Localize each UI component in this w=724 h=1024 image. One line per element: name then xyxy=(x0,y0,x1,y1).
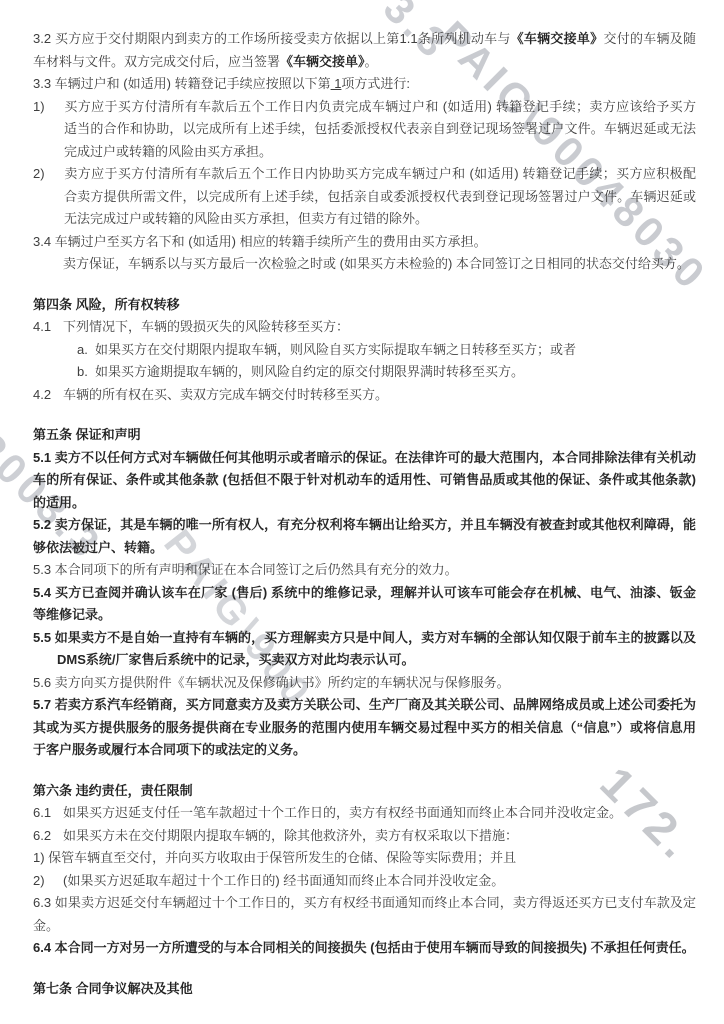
contract-text-line: 车材料与文件。双方完成交付后，应当签署《车辆交接单》。 xyxy=(33,51,696,74)
contract-text-line: 3.3 车辆过户和 (如适用) 转籍登记手续应按照以下第 1项方式进行: xyxy=(33,73,696,96)
text-run: 如果买方在交付期限内提取车辆，则风险自买方实际提取车辆之日转移至买方；或者 xyxy=(95,342,576,357)
text-run: 5.5 如果卖方不是自始一直持有车辆的，买方理解卖方只是中间人，卖方对车辆的全部… xyxy=(33,630,696,645)
contract-text-line: 5.7 若卖方系汽车经销商，买方同意卖方及卖方关联公司、生产厂商及其关联公司、品… xyxy=(33,694,696,717)
text-run: 如果买方逾期提取车辆的，则风险自约定的原交付期限界满时转移至买方。 xyxy=(95,364,524,379)
text-run: 第五条 保证和声明 xyxy=(33,427,141,442)
text-run: 适当的合作和协助，以完成所有上述手续，包括委派授权代表亲自到登记现场签署过户文件… xyxy=(64,121,696,136)
text-run: 6.3 如果卖方迟延交付车辆超过十个工作日的，买方有权经书面通知而终止本合同，卖… xyxy=(33,895,696,910)
contract-text-line: 金。 xyxy=(33,915,696,938)
contract-text-line: 1)买方应于买方付清所有车款后五个工作日内负责完成车辆过户和 (如适用) 转籍登… xyxy=(33,96,696,119)
text-run: 。 xyxy=(365,54,378,69)
text-run: 5.3 本合同项下的所有声明和保证在本合同签订之后仍然具有充分的效力。 xyxy=(33,562,458,577)
text-run: 合卖方提供所需文件，以完成所有上述手续，包括亲自或委派授权代表到登记现场签署过户… xyxy=(64,189,696,204)
contract-text-line: 2)卖方应于买方付清所有车款后五个工作日内协助买方完成车辆过户和 (如适用) 转… xyxy=(33,163,696,186)
contract-body: 3.2 买方应于交付期限内到卖方的工作场所接受卖方依据以上第1.1条所列机动车与… xyxy=(33,28,696,1000)
list-marker: 4.2 xyxy=(33,384,63,407)
text-run: 车材料与文件。双方完成交付后，应当签署 xyxy=(33,54,280,69)
text-run: 5.7 若卖方系汽车经销商，买方同意卖方及卖方关联公司、生产厂商及其关联公司、品… xyxy=(33,697,696,712)
text-run: 3.4 车辆过户至买方名下和 (如适用) 相应的转籍手续所产生的费用由买方承担。 xyxy=(33,234,487,249)
contract-text-line: 的适用。 xyxy=(33,492,696,515)
text-run: 3.2 买方应于交付期限内到卖方的工作场所接受卖方依据以上第1.1条所列机动车与 xyxy=(33,31,511,46)
contract-text-line: 等维修记录。 xyxy=(33,604,696,627)
contract-text-line: 4.2车辆的所有权在买、卖双方完成车辆交付时转移至买方。 xyxy=(33,384,696,407)
text-run: (如果买方迟延取车超过十个工作日的) 经书面通知而终止本合同并没收定金。 xyxy=(63,873,504,888)
list-marker: 6.2 xyxy=(33,825,63,848)
contract-text-line: 无法完成过户或转籍的风险由买方承担，但卖方有过错的除外。 xyxy=(33,208,696,231)
text-run: 车辆的所有权在买、卖双方完成车辆交付时转移至买方。 xyxy=(63,387,388,402)
text-run: 5.2 卖方保证，其是车辆的唯一所有权人，有充分权利将车辆出让给买方，并且车辆没… xyxy=(33,517,696,532)
text-run: 第七条 合同争议解决及其他 xyxy=(33,981,193,996)
text-run: 《车辆交接单》 xyxy=(280,54,365,69)
text-run: 5.6 卖方向买方提供附件《车辆状况及保修确认书》所约定的车辆状况与保修服务。 xyxy=(33,675,510,690)
text-run: 项方式进行: xyxy=(341,76,410,91)
text-run: 卖方应于买方付清所有车款后五个工作日内协助买方完成车辆过户和 (如适用) 转籍登… xyxy=(64,166,696,181)
list-marker: 4.1 xyxy=(33,316,63,339)
contract-text-line: 2)(如果买方迟延取车超过十个工作日的) 经书面通知而终止本合同并没收定金。 xyxy=(33,870,696,893)
list-marker: a. xyxy=(77,339,95,362)
text-run: 6.4 本合同一方对另一方所遭受的与本合同相关的间接损失 (包括由于使用车辆而导… xyxy=(33,940,695,955)
contract-text-line: 5.1 卖方不以任何方式对车辆做任何其他明示或者暗示的保证。在法律许可的最大范围… xyxy=(33,447,696,470)
text-run: 1) 保管车辆直至交付，并向买方收取由于保管所发生的仓储、保险等实际费用；并且 xyxy=(33,850,516,865)
text-run: 交付的车辆及随 xyxy=(603,31,696,46)
text-run: 等维修记录。 xyxy=(33,607,111,622)
list-marker: 1) xyxy=(33,96,64,119)
text-run: 完成过户或转籍的风险由买方承担。 xyxy=(64,144,272,159)
section-heading: 第四条 风险，所有权转移 xyxy=(33,294,696,317)
contract-text-line: 5.4 买方已查阅并确认该车在厂家 (售后) 系统中的维修记录，理解并认可该车可… xyxy=(33,582,696,605)
text-run: 1 xyxy=(331,76,342,91)
contract-text-line: 5.2 卖方保证，其是车辆的唯一所有权人，有充分权利将车辆出让给买方，并且车辆没… xyxy=(33,514,696,537)
text-run: 够依法被过户、转籍。 xyxy=(33,540,163,555)
text-run: 5.1 卖方不以任何方式对车辆做任何其他明示或者暗示的保证。在法律许可的最大范围… xyxy=(33,450,696,465)
contract-page: 3.3PAIC\900480302.2003.3PAIG\900172. 3.2… xyxy=(0,0,724,1024)
contract-text-line: 5.6 卖方向买方提供附件《车辆状况及保修确认书》所约定的车辆状况与保修服务。 xyxy=(33,672,696,695)
contract-text-line: 车的所有保证、条件或其他条款 (包括但不限于针对机动车的适用性、可销售品质或其他… xyxy=(33,469,696,492)
text-run: 金。 xyxy=(33,918,59,933)
text-run: 其或为买方提供服务的服务提供商在专业服务的范围内使用车辆交易过程中买方的相关信息… xyxy=(33,720,696,735)
contract-text-line: 6.1如果买方迟延支付任一笔车款超过十个工作日的，卖方有权经书面通知而终止本合同… xyxy=(33,802,696,825)
list-marker: 2) xyxy=(33,163,64,186)
text-run: 无法完成过户或转籍的风险由买方承担，但卖方有过错的除外。 xyxy=(64,211,428,226)
contract-text-line: 卖方保证，车辆系以与买方最后一次检验之时或 (如果买方未检验的) 本合同签订之日… xyxy=(33,253,696,276)
text-run: 的适用。 xyxy=(33,495,85,510)
contract-text-line: 够依法被过户、转籍。 xyxy=(33,537,696,560)
contract-text-line: 适当的合作和协助，以完成所有上述手续，包括委派授权代表亲自到登记现场签署过户文件… xyxy=(33,118,696,141)
contract-text-line: 5.3 本合同项下的所有声明和保证在本合同签订之后仍然具有充分的效力。 xyxy=(33,559,696,582)
list-marker: 6.1 xyxy=(33,802,63,825)
text-run: 《车辆交接单》 xyxy=(511,31,604,46)
contract-text-line: 5.5 如果卖方不是自始一直持有车辆的，买方理解卖方只是中间人，卖方对车辆的全部… xyxy=(33,627,696,650)
text-run: 第四条 风险，所有权转移 xyxy=(33,297,180,312)
list-marker: 2) xyxy=(33,870,63,893)
text-run: 卖方保证，车辆系以与买方最后一次检验之时或 (如果买方未检验的) 本合同签订之日… xyxy=(63,256,690,271)
contract-text-line: b.如果买方逾期提取车辆的，则风险自约定的原交付期限界满时转移至买方。 xyxy=(33,361,696,384)
text-run: 如果买方迟延支付任一笔车款超过十个工作日的，卖方有权经书面通知而终止本合同并没收… xyxy=(63,805,622,820)
contract-text-line: 3.2 买方应于交付期限内到卖方的工作场所接受卖方依据以上第1.1条所列机动车与… xyxy=(33,28,696,51)
contract-text-line: 于客户服务或履行本合同项下的或法定的义务。 xyxy=(33,739,696,762)
contract-text-line: DMS系统/厂家售后系统中的记录，买卖双方对此均表示认可。 xyxy=(33,649,696,672)
text-run: 车的所有保证、条件或其他条款 (包括但不限于针对机动车的适用性、可销售品质或其他… xyxy=(33,472,696,487)
section-heading: 第五条 保证和声明 xyxy=(33,424,696,447)
section-heading: 第六条 违约责任，责任限制 xyxy=(33,780,696,803)
text-run: 5.4 买方已查阅并确认该车在厂家 (售后) 系统中的维修记录，理解并认可该车可… xyxy=(33,585,696,600)
text-run: 买方应于买方付清所有车款后五个工作日内负责完成车辆过户和 (如适用) 转籍登记手… xyxy=(64,99,696,114)
text-run: 下列情况下，车辆的毁损灭失的风险转移至买方： xyxy=(63,319,349,334)
text-run: 第六条 违约责任，责任限制 xyxy=(33,783,193,798)
contract-text-line: a.如果买方在交付期限内提取车辆，则风险自买方实际提取车辆之日转移至买方；或者 xyxy=(33,339,696,362)
contract-text-line: 合卖方提供所需文件，以完成所有上述手续，包括亲自或委派授权代表到登记现场签署过户… xyxy=(33,186,696,209)
text-run: 3.3 车辆过户和 (如适用) 转籍登记手续应按照以下第 xyxy=(33,76,331,91)
list-marker: b. xyxy=(77,361,95,384)
contract-text-line: 其或为买方提供服务的服务提供商在专业服务的范围内使用车辆交易过程中买方的相关信息… xyxy=(33,717,696,740)
text-run: DMS系统/厂家售后系统中的记录，买卖双方对此均表示认可。 xyxy=(57,652,415,667)
contract-text-line: 6.4 本合同一方对另一方所遭受的与本合同相关的间接损失 (包括由于使用车辆而导… xyxy=(33,937,696,960)
contract-text-line: 6.3 如果卖方迟延交付车辆超过十个工作日的，买方有权经书面通知而终止本合同，卖… xyxy=(33,892,696,915)
contract-text-line: 1) 保管车辆直至交付，并向买方收取由于保管所发生的仓储、保险等实际费用；并且 xyxy=(33,847,696,870)
section-heading: 第七条 合同争议解决及其他 xyxy=(33,978,696,1001)
contract-text-line: 6.2如果买方未在交付期限内提取车辆的，除其他救济外，卖方有权采取以下措施： xyxy=(33,825,696,848)
text-run: 于客户服务或履行本合同项下的或法定的义务。 xyxy=(33,742,306,757)
contract-text-line: 3.4 车辆过户至买方名下和 (如适用) 相应的转籍手续所产生的费用由买方承担。 xyxy=(33,231,696,254)
contract-text-line: 4.1下列情况下，车辆的毁损灭失的风险转移至买方： xyxy=(33,316,696,339)
text-run: 如果买方未在交付期限内提取车辆的，除其他救济外，卖方有权采取以下措施： xyxy=(63,828,518,843)
contract-text-line: 完成过户或转籍的风险由买方承担。 xyxy=(33,141,696,164)
